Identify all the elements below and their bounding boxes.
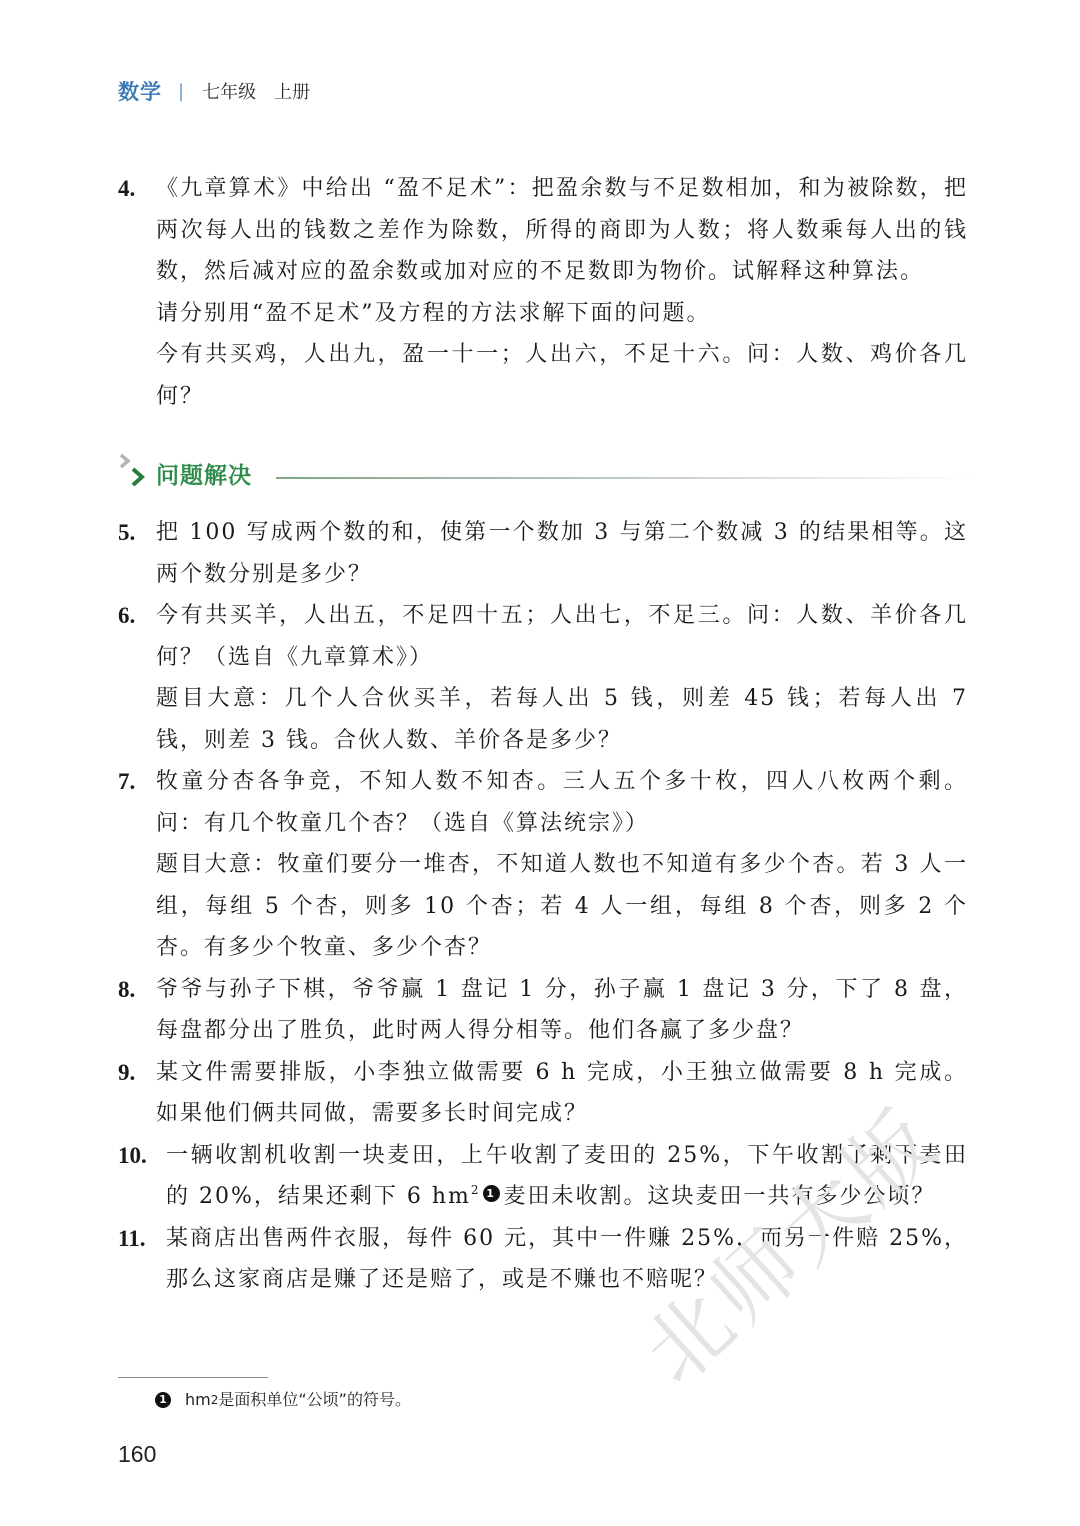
problem-number: 10. bbox=[118, 1135, 147, 1177]
footnote-marker-icon: 1 bbox=[155, 1392, 171, 1408]
volume-label: 上册 bbox=[274, 78, 310, 104]
problem-note: 题目大意：几个人合伙买羊，若每人出 5 钱，则差 45 钱；若每人出 7 钱，则… bbox=[156, 678, 968, 761]
problem-5: 5. 把 100 写成两个数的和，使第一个数加 3 与第二个数减 3 的结果相等… bbox=[118, 512, 968, 595]
problem-number: 7. bbox=[118, 761, 135, 803]
problem-text: 爷爷与孙子下棋，爷爷赢 1 盘记 1 分，孙子赢 1 盘记 3 分，下了 8 盘… bbox=[156, 969, 968, 1052]
subject-label: 数学 bbox=[118, 76, 162, 106]
problem-number: 8. bbox=[118, 969, 135, 1011]
footnote: 1 hm2是面积单位“公顷”的符号。 bbox=[155, 1388, 411, 1412]
problem-number: 6. bbox=[118, 595, 135, 637]
superscript: 2 bbox=[471, 1183, 481, 1197]
problem-10: 10. 一辆收割机收割一块麦田，上午收割了麦田的 25%，下午收割了剩下麦田的 … bbox=[118, 1135, 968, 1218]
problem-number: 5. bbox=[118, 512, 135, 554]
chevron-right-icon bbox=[130, 467, 146, 487]
header-separator: | bbox=[178, 81, 184, 102]
page-content: 4. 《九章算术》中给出 “盈不足术”：把盈余数与不足数相加，和为被除数，把两次… bbox=[118, 168, 968, 1301]
footnote-divider bbox=[118, 1377, 268, 1378]
problem-8: 8. 爷爷与孙子下棋，爷爷赢 1 盘记 1 分，孙子赢 1 盘记 3 分，下了 … bbox=[118, 969, 968, 1052]
problem-text: 今有共买羊，人出五，不足四十五；人出七，不足三。问：人数、羊价各几何？（选自《九… bbox=[156, 595, 968, 678]
problem-note: 题目大意：牧童们要分一堆杏，不知道人数也不知道有多少个杏。若 3 人一组，每组 … bbox=[156, 844, 968, 969]
problem-text: 牧童分杏各争竞，不知人数不知杏。三人五个多十枚，四人八枚两个剩。问：有几个牧童几… bbox=[156, 761, 968, 844]
problem-text: 某商店出售两件衣服，每件 60 元，其中一件赚 25%，而另一件赔 25%，那么… bbox=[166, 1218, 968, 1301]
page-header: 数学 | 七年级 上册 bbox=[118, 76, 310, 106]
problem-text-part: 麦田未收割。这块麦田一共有多少公顷？ bbox=[504, 1184, 936, 1209]
problem-question: 今有共买鸡，人出九，盈一十一；人出六，不足十六。问：人数、鸡价各几何？ bbox=[156, 334, 968, 417]
problem-6: 6. 今有共买羊，人出五，不足四十五；人出七，不足三。问：人数、羊价各几何？（选… bbox=[118, 595, 968, 761]
problem-number: 11. bbox=[118, 1218, 145, 1260]
problem-11: 11. 某商店出售两件衣服，每件 60 元，其中一件赚 25%，而另一件赔 25… bbox=[118, 1218, 968, 1301]
section-title: 问题解决 bbox=[156, 461, 252, 491]
chevron-right-icon bbox=[118, 454, 132, 468]
grade-label: 七年级 bbox=[202, 78, 256, 104]
page-number: 160 bbox=[118, 1441, 156, 1468]
section-heading: 问题解决 bbox=[118, 452, 968, 512]
footnote-text-part: hm bbox=[185, 1388, 211, 1412]
problem-4: 4. 《九章算术》中给出 “盈不足术”：把盈余数与不足数相加，和为被除数，把两次… bbox=[118, 168, 968, 417]
problem-text: 《九章算术》中给出 “盈不足术”：把盈余数与不足数相加，和为被除数，把两次每人出… bbox=[156, 168, 968, 293]
problem-9: 9. 某文件需要排版，小李独立做需要 6 h 完成，小王独立做需要 8 h 完成… bbox=[118, 1052, 968, 1135]
footnote-marker-icon[interactable]: 1 bbox=[483, 1185, 500, 1202]
problem-text: 一辆收割机收割一块麦田，上午收割了麦田的 25%，下午收割了剩下麦田的 20%，… bbox=[166, 1135, 968, 1218]
problem-7: 7. 牧童分杏各争竞，不知人数不知杏。三人五个多十枚，四人八枚两个剩。问：有几个… bbox=[118, 761, 968, 969]
problem-number: 4. bbox=[118, 168, 135, 210]
footnote-text-part: 是面积单位“公顷”的符号。 bbox=[218, 1388, 411, 1412]
problem-text: 某文件需要排版，小李独立做需要 6 h 完成，小王独立做需要 8 h 完成。如果… bbox=[156, 1052, 968, 1135]
problem-text: 把 100 写成两个数的和，使第一个数加 3 与第二个数减 3 的结果相等。这两… bbox=[156, 512, 968, 595]
problem-instruction: 请分别用“盈不足术”及方程的方法求解下面的问题。 bbox=[156, 293, 968, 335]
section-divider bbox=[276, 477, 976, 479]
problem-number: 9. bbox=[118, 1052, 135, 1094]
